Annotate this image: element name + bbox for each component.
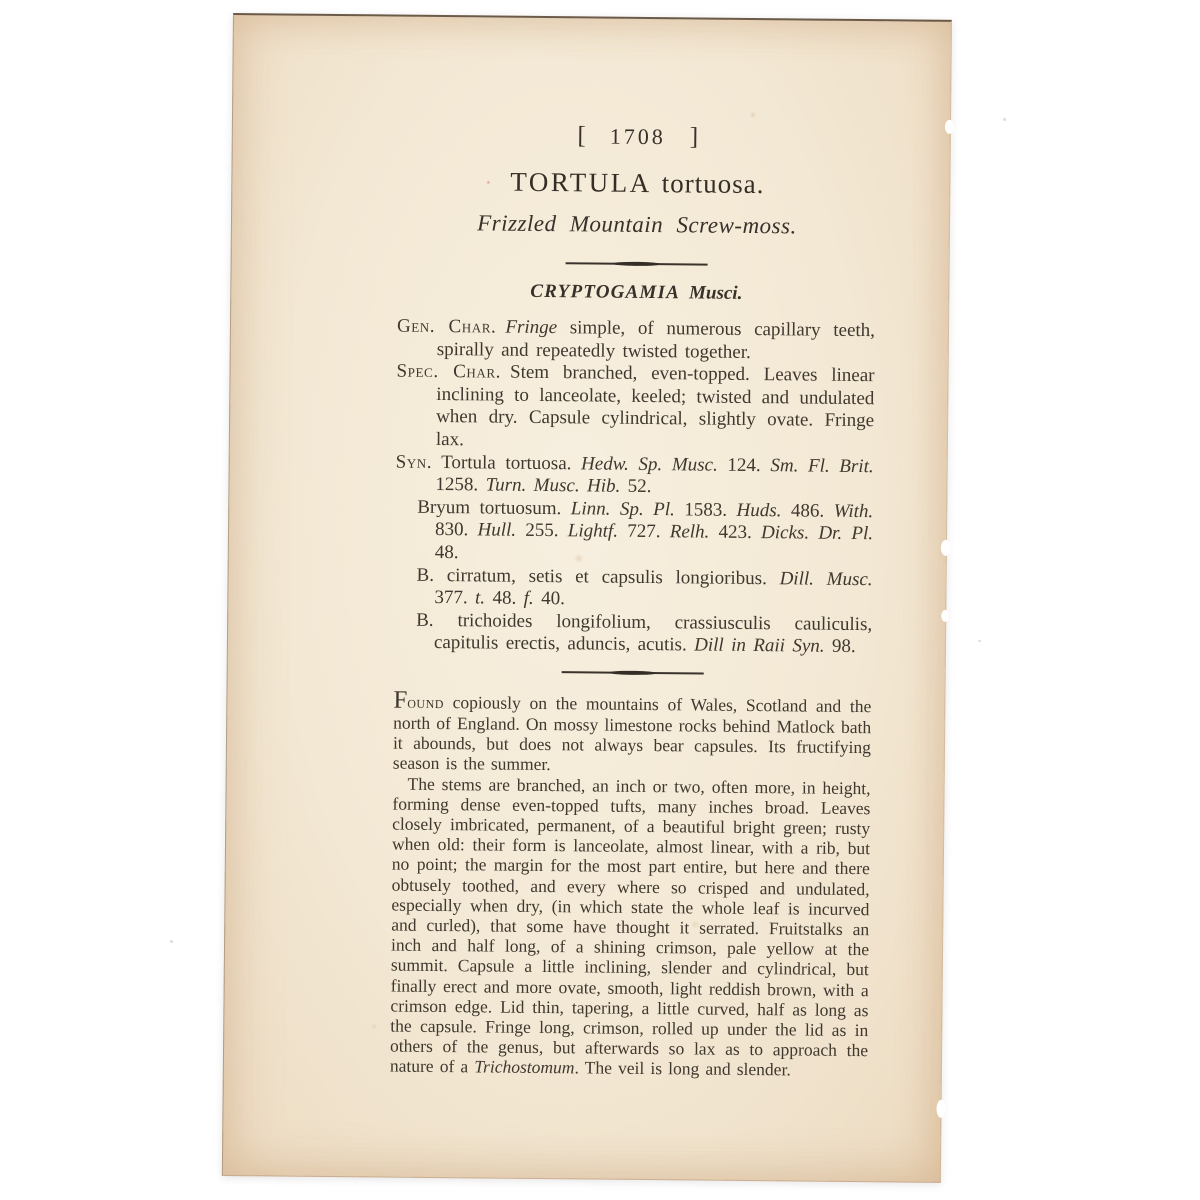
book-page: [ 1708 ] TORTULAtortuosa. Frizzled Mount…: [222, 13, 952, 1183]
open-bracket: [: [577, 122, 586, 150]
syn-text: Bryum tortuosum. Linn. Sp. Pl. 1583. Hud…: [417, 497, 873, 564]
genus-name: TORTULA: [510, 167, 652, 198]
scanner-dust-speck: [170, 940, 173, 943]
page-edge-notch: [941, 540, 951, 556]
scanner-dust-speck: [978, 640, 981, 642]
spec-char-text: Stem branched, even-topped. Leaves linea…: [436, 362, 875, 450]
synonym-entry: B. trichoides longifolium, crassiusculis…: [394, 609, 872, 659]
text-block: [ 1708 ] TORTULAtortuosa. Frizzled Mount…: [390, 107, 877, 1081]
description-paragraphs: Found copiously on the mountains of Wale…: [390, 687, 872, 1080]
syn-text: B. cirratum, setis et capsulis longiorib…: [417, 564, 873, 609]
species-name: tortuosa.: [662, 168, 765, 199]
page-edge-notch: [945, 120, 954, 134]
synonym-entry: Bryum tortuosum. Linn. Sp. Pl. 1583. Hud…: [395, 496, 874, 568]
ornamental-divider: [566, 260, 708, 267]
habitat-paragraph: Found copiously on the mountains of Wale…: [393, 687, 872, 777]
synonym-entry: B. cirratum, setis et capsulis longiorib…: [394, 564, 872, 614]
syn-text: Tortula tortuosa. Hedw. Sp. Musc. 124. S…: [435, 452, 873, 498]
classification-class: CRYPTOGAMIA: [530, 281, 680, 303]
close-bracket: ]: [690, 123, 699, 151]
syn-text: B. trichoides longifolium, crassiusculis…: [416, 610, 872, 658]
spec-char-label: Spec. Char.: [396, 361, 501, 383]
gen-char-text: Fringe simple, of numerous capillary tee…: [437, 317, 875, 363]
page-title: TORTULAtortuosa.: [398, 166, 876, 202]
gen-char-label: Gen. Char.: [397, 316, 497, 338]
plate-number-line: [ 1708 ]: [399, 121, 877, 154]
page-edge-notch: [941, 610, 949, 622]
generic-character-entry: Gen. Char.Fringe simple, of numerous cap…: [397, 316, 875, 366]
specific-character-entry: Spec. Char.Stem branched, even-topped. L…: [396, 361, 875, 456]
page-edge-notch: [936, 1100, 945, 1118]
syn-label: Syn.: [396, 451, 433, 472]
synonym-entry: Syn.Tortula tortuosa. Hedw. Sp. Musc. 12…: [395, 451, 873, 501]
scanner-dust-speck: [1003, 118, 1006, 121]
scan-canvas: [ 1708 ] TORTULAtortuosa. Frizzled Mount…: [0, 0, 1200, 1200]
description-paragraph: The stems are branched, an inch or two, …: [390, 773, 871, 1081]
classification-line: CRYPTOGAMIAMusci.: [397, 280, 875, 307]
common-name: Frizzled Mountain Screw-moss.: [398, 210, 876, 241]
character-and-synonym-entries: Gen. Char.Fringe simple, of numerous cap…: [394, 316, 875, 659]
ornamental-divider: [562, 669, 704, 676]
plate-number: 1708: [610, 124, 666, 151]
classification-order: Musci.: [689, 282, 743, 304]
